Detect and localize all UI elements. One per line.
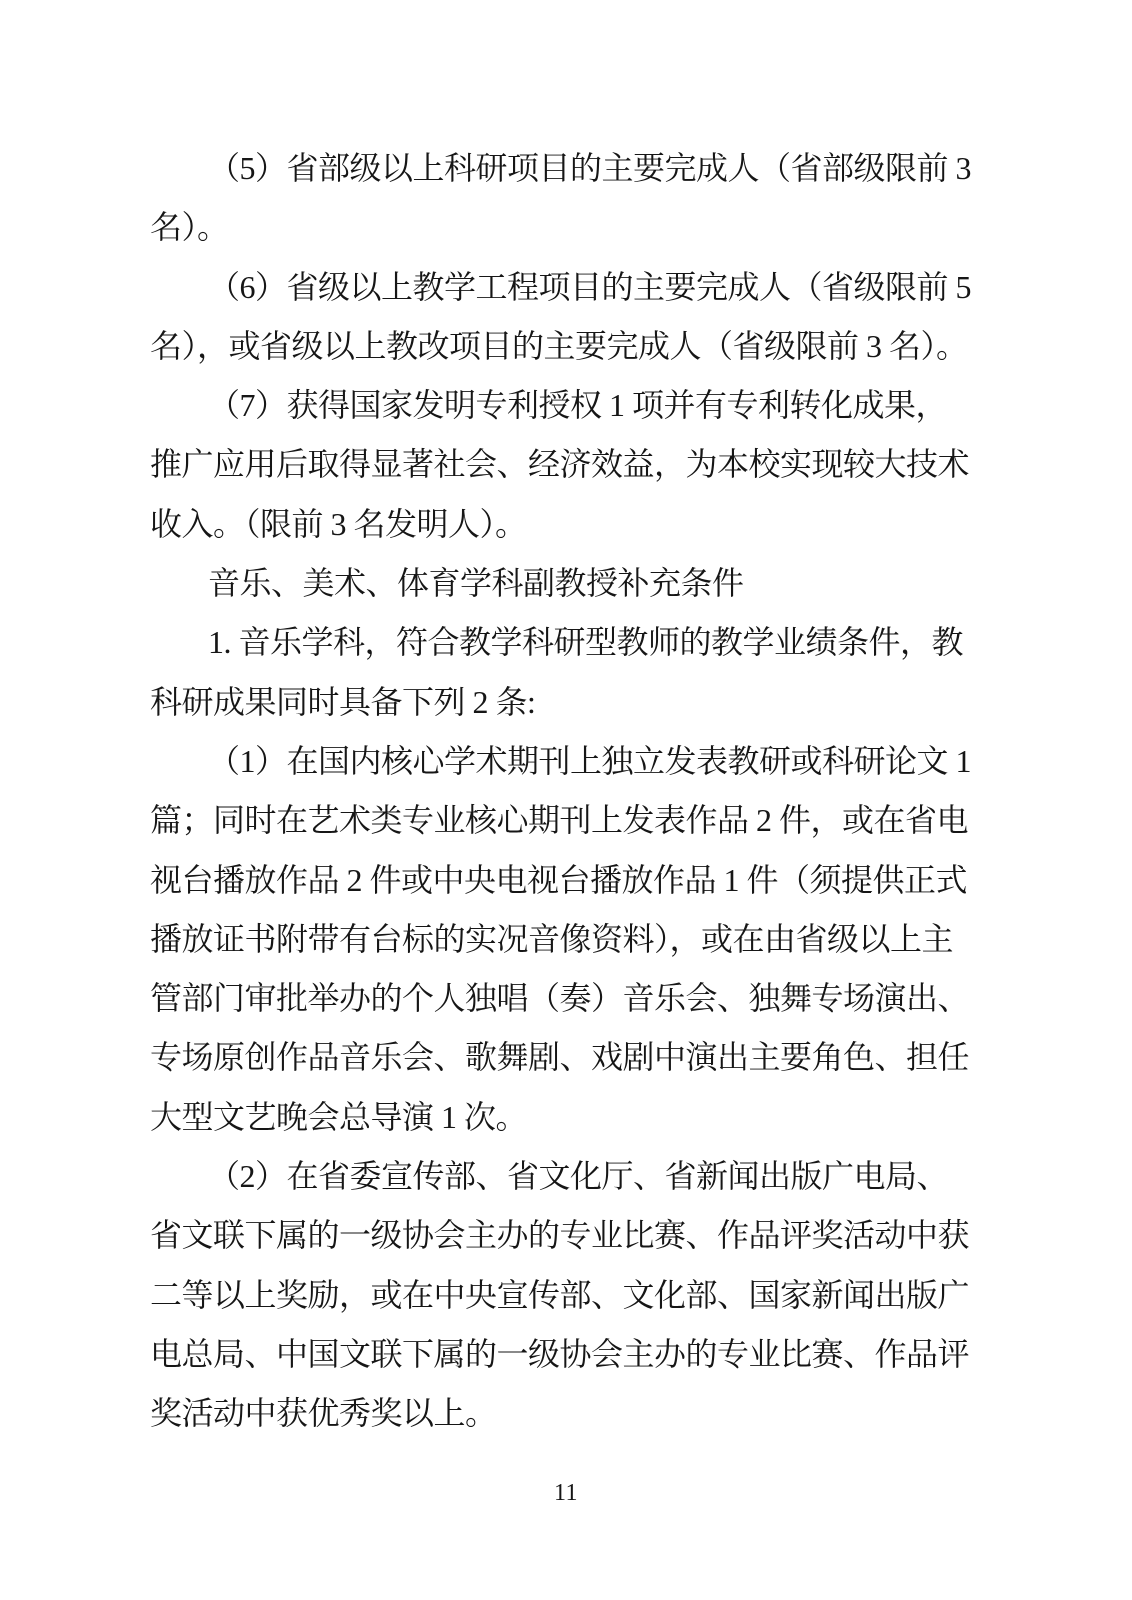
text-line: 推广应用后取得显著社会、经济效益，为本校实现较大技术 — [150, 435, 1060, 494]
text-line: 视台播放作品 2 件或中央电视台播放作品 1 件（须提供正式 — [150, 851, 1060, 910]
text-line: 省文联下属的一级协会主办的专业比赛、作品评奖活动中获 — [150, 1206, 1060, 1265]
text-line: 二等以上奖励，或在中央宣传部、文化部、国家新闻出版广 — [150, 1266, 1060, 1325]
text-line: （6）省级以上教学工程项目的主要完成人（省级限前 5 — [150, 258, 1060, 317]
text-line: 1. 音乐学科，符合教学科研型教师的教学业绩条件，教 — [150, 613, 1060, 672]
text-line: （2）在省委宣传部、省文化厅、省新闻出版广电局、 — [150, 1147, 1060, 1206]
text-line: （1）在国内核心学术期刊上独立发表教研或科研论文 1 — [150, 732, 1060, 791]
text-line: 奖活动中获优秀奖以上。 — [150, 1384, 1060, 1443]
document-body: （5）省部级以上科研项目的主要完成人（省部级限前 3名）。（6）省级以上教学工程… — [150, 139, 1060, 1444]
text-line: （5）省部级以上科研项目的主要完成人（省部级限前 3 — [150, 139, 1060, 198]
text-line: （7）获得国家发明专利授权 1 项并有专利转化成果， — [150, 376, 1060, 435]
document-page: （5）省部级以上科研项目的主要完成人（省部级限前 3名）。（6）省级以上教学工程… — [0, 0, 1132, 1600]
text-line: 名），或省级以上教改项目的主要完成人（省级限前 3 名）。 — [150, 317, 1060, 376]
text-line: 篇；同时在艺术类专业核心期刊上发表作品 2 件，或在省电 — [150, 791, 1060, 850]
page-number: 11 — [0, 1479, 1132, 1507]
text-line: 管部门审批举办的个人独唱（奏）音乐会、独舞专场演出、 — [150, 969, 1060, 1028]
text-line: 专场原创作品音乐会、歌舞剧、戏剧中演出主要角色、担任 — [150, 1028, 1060, 1087]
text-line: 音乐、美术、体育学科副教授补充条件 — [150, 554, 1060, 613]
text-line: 大型文艺晚会总导演 1 次。 — [150, 1088, 1060, 1147]
text-line: 科研成果同时具备下列 2 条: — [150, 673, 1060, 732]
text-line: 播放证书附带有台标的实况音像资料），或在由省级以上主 — [150, 910, 1060, 969]
text-line: 名）。 — [150, 198, 1060, 257]
text-line: 电总局、中国文联下属的一级协会主办的专业比赛、作品评 — [150, 1325, 1060, 1384]
text-line: 收入。（限前 3 名发明人）。 — [150, 495, 1060, 554]
